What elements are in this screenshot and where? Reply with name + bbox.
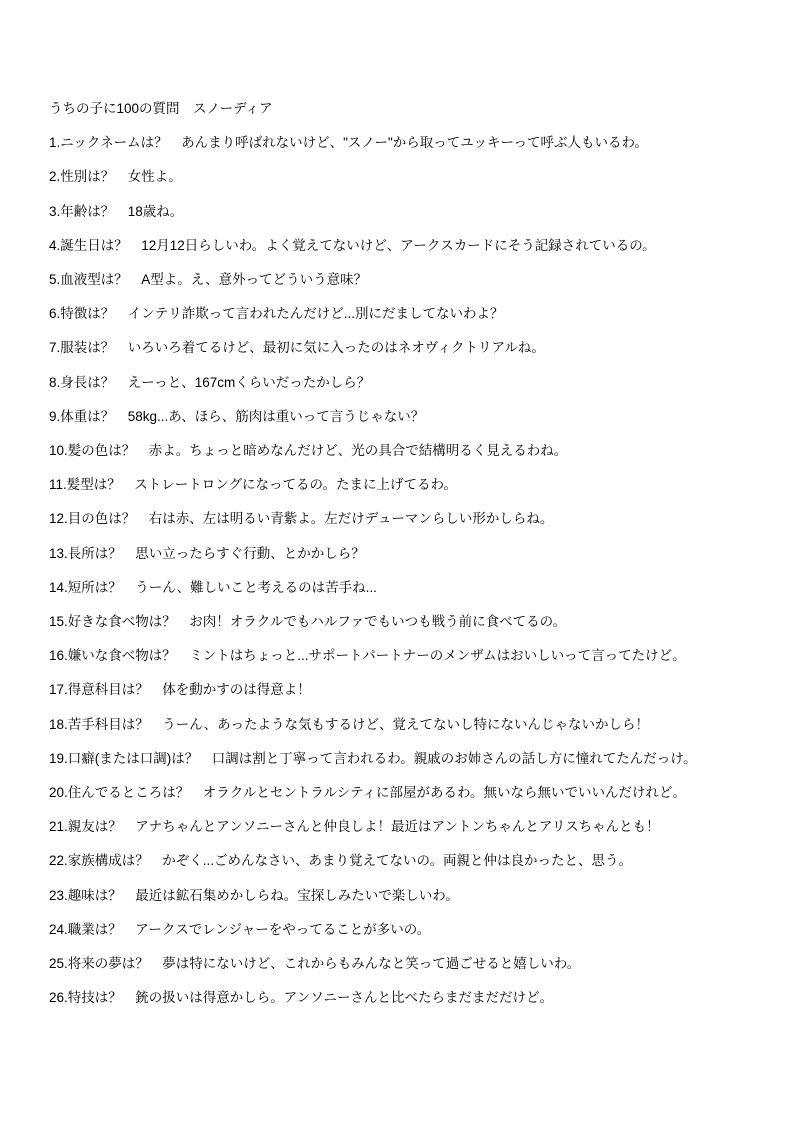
qa-line-24: 24.職業は？ アークスでレンジャーをやってることが多いの。 xyxy=(49,913,780,947)
qa-line-22: 22.家族構成は？ かぞく...ごめんなさい、あまり覚えてないの。両親と仲は良か… xyxy=(49,844,780,878)
qa-line-17: 17.得意科目は？ 体を動かすのは得意よ！ xyxy=(49,673,780,707)
qa-line-10: 10.髪の色は？ 赤よ。ちょっと暗めなんだけど、光の具合で結構明るく見えるわね。 xyxy=(49,434,780,468)
qa-line-19: 19.口癖(または口調)は？ 口調は割と丁寧って言われるわ。親戚のお姉さんの話し… xyxy=(49,742,780,776)
text-block: うちの子に100の質問 スノーディア 1.ニックネームは？ あんまり呼ばれないけ… xyxy=(49,92,780,1015)
qa-line-9: 9.体重は？ 58kg...あ、ほら、筋肉は重いって言うじゃない？ xyxy=(49,400,780,434)
qa-line-12: 12.目の色は？ 右は赤、左は明るい青紫よ。左だけデューマンらしい形かしらね。 xyxy=(49,502,780,536)
qa-line-2: 2.性別は？ 女性よ。 xyxy=(49,160,780,194)
qa-line-8: 8.身長は？ えーっと、167cmくらいだったかしら？ xyxy=(49,366,780,400)
qa-line-25: 25.将来の夢は？ 夢は特にないけど、これからもみんなと笑って過ごせると嬉しいわ… xyxy=(49,947,780,981)
qa-line-13: 13.長所は？ 思い立ったらすぐ行動、とかかしら？ xyxy=(49,537,780,571)
qa-line-14: 14.短所は？ うーん、難しいこと考えるのは苦手ね... xyxy=(49,571,780,605)
qa-line-16: 16.嫌いな食べ物は？ ミントはちょっと...サポートパートナーのメンザムはおい… xyxy=(49,639,780,673)
qa-line-18: 18.苦手科目は？ うーん、あったような気もするけど、覚えてないし特にないんじゃ… xyxy=(49,708,780,742)
document-page: うちの子に100の質問 スノーディア 1.ニックネームは？ あんまり呼ばれないけ… xyxy=(0,0,800,1130)
qa-line-5: 5.血液型は？ A型よ。え、意外ってどういう意味？ xyxy=(49,263,780,297)
qa-line-15: 15.好きな食べ物は？ お肉！オラクルでもハルファでもいつも戦う前に食べてるの。 xyxy=(49,605,780,639)
qa-line-4: 4.誕生日は？ 12月12日らしいわ。よく覚えてないけど、アークスカードにそう記… xyxy=(49,229,780,263)
document-title: うちの子に100の質問 スノーディア xyxy=(49,92,780,126)
qa-line-6: 6.特徴は？ インテリ詐欺って言われたんだけど...別にだましてないわよ？ xyxy=(49,297,780,331)
qa-line-26: 26.特技は？ 銃の扱いは得意かしら。アンソニーさんと比べたらまだまだだけど。 xyxy=(49,981,780,1015)
qa-line-7: 7.服装は？ いろいろ着てるけど、最初に気に入ったのはネオヴィクトリアルね。 xyxy=(49,331,780,365)
qa-line-23: 23.趣味は？ 最近は鉱石集めかしらね。宝探しみたいで楽しいわ。 xyxy=(49,879,780,913)
qa-line-21: 21.親友は？ アナちゃんとアンソニーさんと仲良しよ！最近はアントンちゃんとアリ… xyxy=(49,810,780,844)
qa-line-1: 1.ニックネームは？ あんまり呼ばれないけど、"スノー"から取ってユッキーって呼… xyxy=(49,126,780,160)
qa-line-3: 3.年齢は？ 18歳ね。 xyxy=(49,195,780,229)
qa-line-20: 20.住んでるところは？ オラクルとセントラルシティに部屋があるわ。無いなら無い… xyxy=(49,776,780,810)
qa-line-11: 11.髪型は？ ストレートロングになってるの。たまに上げてるわ。 xyxy=(49,468,780,502)
